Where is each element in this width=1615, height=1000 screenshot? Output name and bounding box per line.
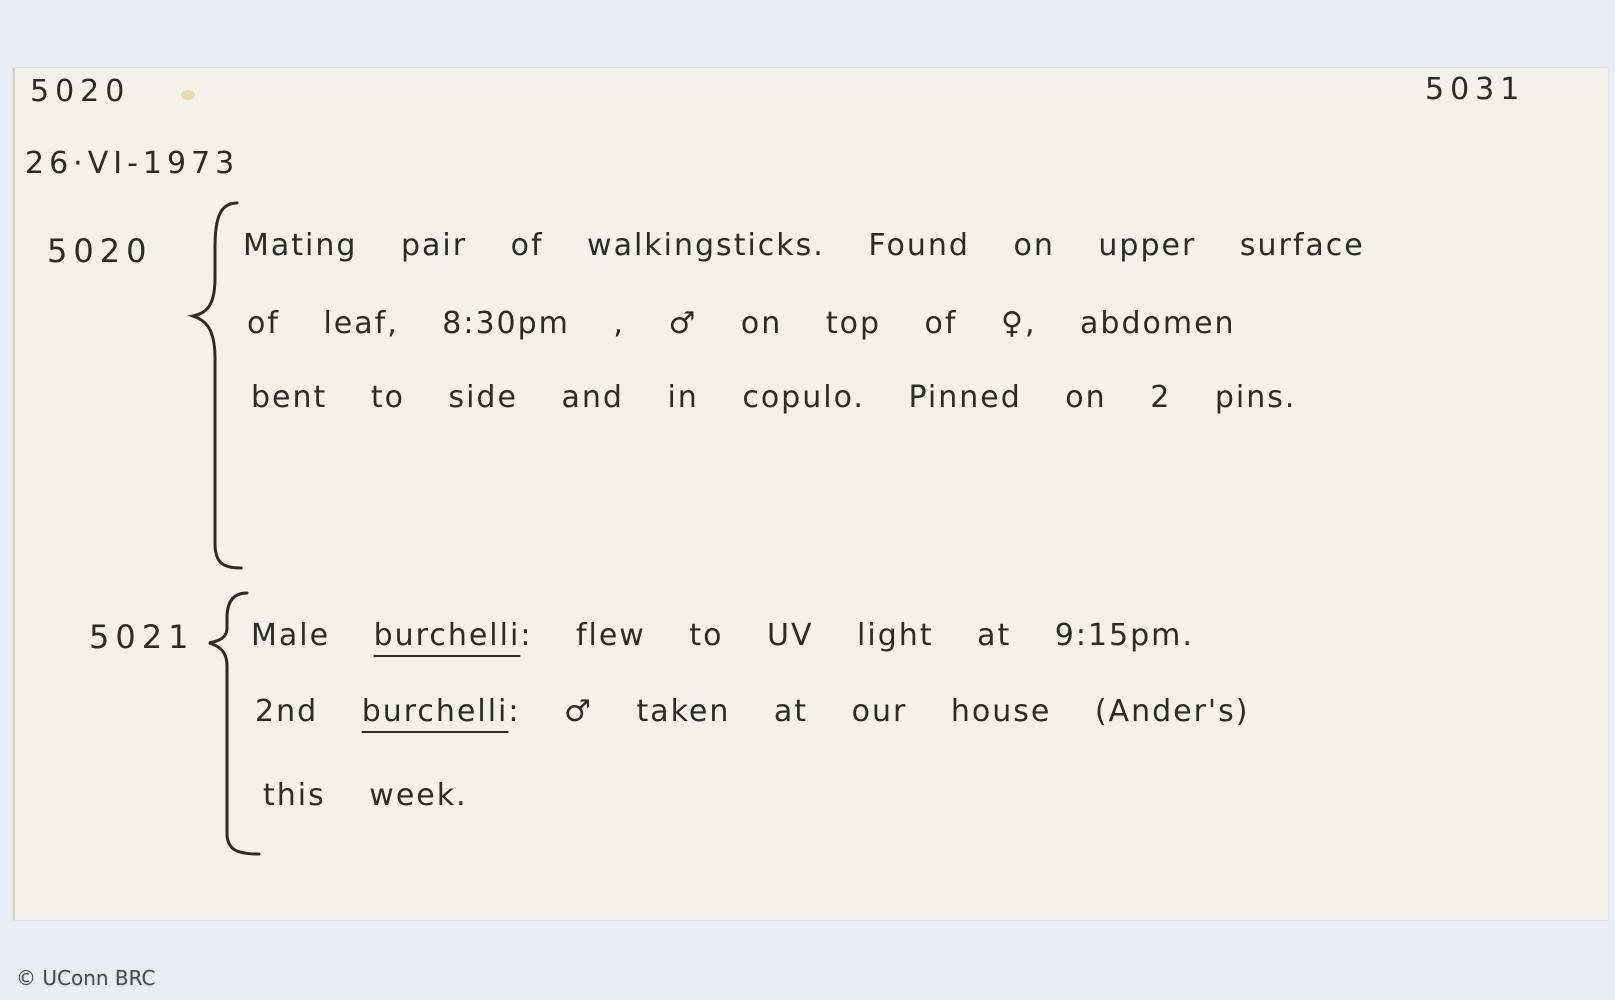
entry-number-5020: 5020: [47, 232, 152, 270]
collection-date: 26·VI-1973: [25, 146, 239, 181]
entry-5021-line-2: 2nd burchelli: ♂ taken at our house (And…: [255, 694, 1250, 729]
entry-5021-line-3-text: this week.: [263, 778, 468, 813]
top-right-catalog-number: 5031: [1425, 72, 1525, 107]
entry-5021-line-3: this week.: [263, 778, 468, 813]
entry-5021-line-1: Male burchelli: flew to UV light at 9:15…: [251, 618, 1194, 653]
entry-number-5021: 5021: [89, 618, 194, 656]
entry-5021-line-2-suffix: : ♂ taken at our house (Ander's): [508, 694, 1249, 729]
entry-5021-line-2-prefix: 2nd: [255, 694, 362, 729]
species-name-burchelli: burchelli: [362, 694, 509, 729]
species-name-burchelli: burchelli: [374, 618, 521, 653]
curly-brace-icon: [185, 198, 245, 577]
entry-5020-line-1: Mating pair of walkingsticks. Found on u…: [243, 228, 1365, 263]
entry-5020-line-3: bent to side and in copulo. Pinned on 2 …: [251, 380, 1296, 415]
entry-5021-line-1-prefix: Male: [251, 618, 374, 653]
copyright-notice: © UConn BRC: [16, 966, 156, 990]
specimen-index-card: 5020 5031 26·VI-1973 5020 Mating pair of…: [13, 68, 1608, 920]
entry-5020-line-2: of leaf, 8:30pm , ♂ on top of ♀, abdomen: [247, 306, 1236, 341]
entry-5021-line-1-suffix: : flew to UV light at 9:15pm.: [520, 618, 1194, 653]
top-left-catalog-number: 5020: [30, 74, 130, 109]
paper-stain: [181, 90, 195, 100]
